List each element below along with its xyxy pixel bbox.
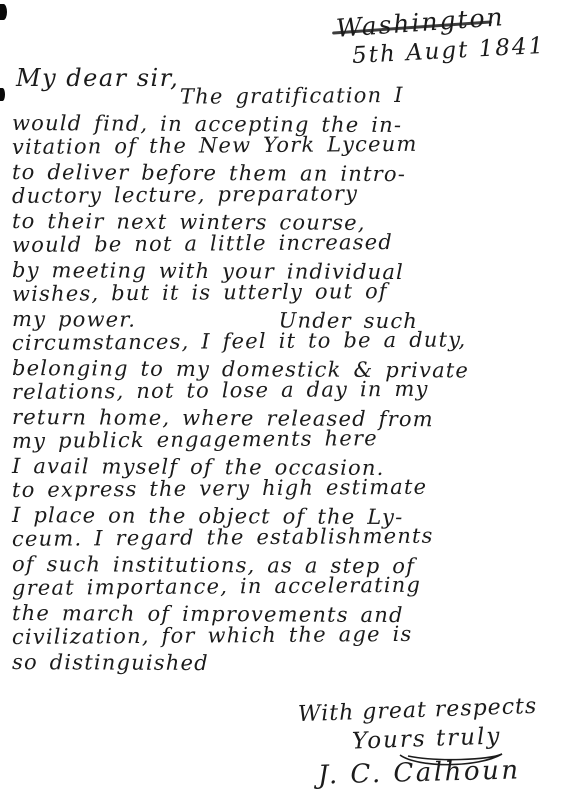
letter-line: would be not a little increased (12, 229, 560, 258)
closing-signoff: Yours truly (352, 723, 502, 754)
scan-artifact-left-edge (0, 88, 5, 101)
letter-line: The gratification I (12, 82, 560, 111)
letter-line: my publick engagements here (12, 425, 560, 454)
letter-page: Washington 5th Augt 1841 My dear sir, Th… (0, 0, 565, 800)
letter-body: The gratification Iwould find, in accept… (12, 86, 560, 674)
signature: J. C. Calhoun (318, 755, 521, 790)
letter-line: civilization, for which the age is (12, 621, 560, 650)
letter-line: wishes, but it is utterly out of (12, 278, 560, 307)
closing-respects: With great respects (298, 694, 538, 727)
letter-line: so distinguished (12, 650, 560, 677)
letter-line: vitation of the New York Lyceum (12, 131, 560, 160)
letter-line: circumstances, I feel it to be a duty, (12, 327, 560, 356)
letter-line: relations, not to lose a day in my (12, 376, 560, 405)
letter-line: ductory lecture, preparatory (12, 180, 560, 209)
scan-artifact-top-left (0, 4, 7, 20)
letter-line: to express the very high estimate (12, 474, 560, 503)
letter-line: ceum. I regard the establishments (12, 523, 560, 552)
letter-line: great importance, in accelerating (12, 572, 560, 601)
